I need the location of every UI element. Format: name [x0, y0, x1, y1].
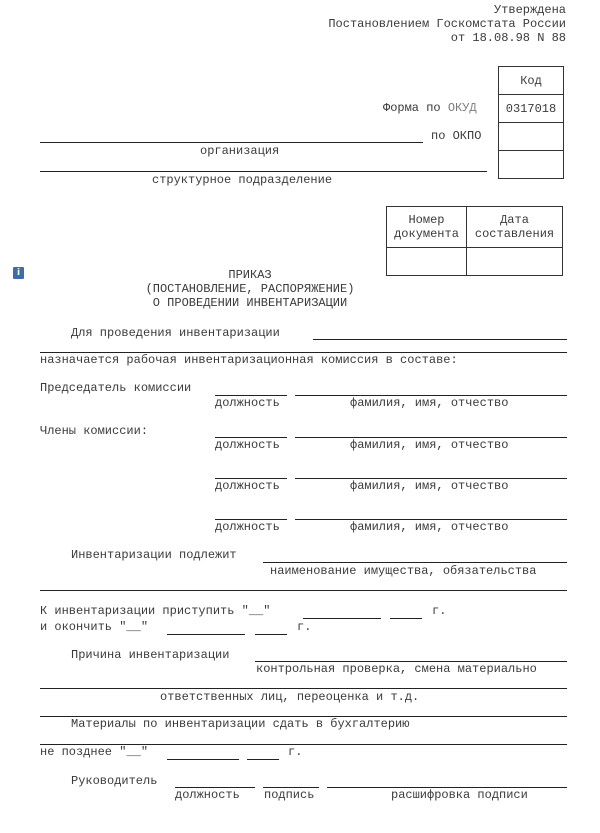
- okud-label-prefix: Форма по: [383, 101, 448, 115]
- deadline-year-line[interactable]: [247, 759, 279, 760]
- okpo-label: по ОКПО: [431, 129, 481, 143]
- subdivision-line[interactable]: [40, 171, 487, 172]
- code-header: Код: [499, 67, 564, 95]
- deadline-month-line[interactable]: [167, 759, 239, 760]
- signature-caption: подпись: [264, 788, 314, 802]
- head-label: Руководитель: [71, 774, 157, 788]
- fio-caption: фамилия, имя, отчество: [350, 438, 508, 452]
- approved-label: Утверждена: [494, 3, 566, 17]
- reason-caption-2: ответственных лиц, переоценка и т.д.: [160, 690, 419, 704]
- okpo-code-cell[interactable]: [499, 123, 564, 151]
- start-year-suffix: г.: [432, 604, 446, 618]
- fio-caption: фамилия, имя, отчество: [350, 396, 508, 410]
- title-line2: (ПОСТАНОВЛЕНИЕ, РАСПОРЯЖЕНИЕ): [100, 282, 400, 296]
- document-date-cell[interactable]: [467, 248, 563, 276]
- signature-decode-caption: расшифровка подписи: [391, 788, 528, 802]
- materials-label: Материалы по инвентаризации сдать в бухг…: [71, 717, 409, 731]
- position-caption: должность: [215, 479, 280, 493]
- for-inventory-label: Для проведения инвентаризации: [71, 326, 280, 340]
- subject-caption: наименование имущества, обязательства: [270, 564, 536, 578]
- start-label: К инвентаризации приступить "__": [40, 604, 270, 618]
- fio-caption: фамилия, имя, отчество: [350, 520, 508, 534]
- start-year-line[interactable]: [390, 618, 422, 619]
- finish-month-line[interactable]: [167, 634, 245, 635]
- fio-caption: фамилия, имя, отчество: [350, 479, 508, 493]
- start-month-line[interactable]: [303, 618, 381, 619]
- organization-caption: организация: [200, 144, 279, 158]
- inventory-purpose-line[interactable]: [313, 339, 567, 340]
- position-caption: должность: [175, 788, 240, 802]
- finish-label: и окончить "__": [40, 620, 148, 634]
- decree-date: от 18.08.98 N 88: [451, 31, 566, 45]
- organization-line[interactable]: [40, 142, 423, 143]
- subject-line-2[interactable]: [40, 590, 567, 591]
- info-icon[interactable]: i: [13, 267, 24, 279]
- title-line3: О ПРОВЕДЕНИИ ИНВЕНТАРИЗАЦИИ: [100, 296, 400, 310]
- finish-year-line[interactable]: [255, 634, 287, 635]
- okud-code-cell[interactable]: 0317018: [499, 95, 564, 123]
- chairman-label: Председатель комиссии: [40, 381, 191, 395]
- code-table: Код 0317018: [498, 66, 564, 179]
- okud-link[interactable]: ОКУД: [448, 101, 477, 115]
- commission-assigned-label: назначается рабочая инвентаризационная к…: [40, 353, 458, 367]
- position-caption: должность: [215, 438, 280, 452]
- finish-year-suffix: г.: [297, 620, 311, 634]
- okud-label: Форма по ОКУД: [383, 101, 477, 115]
- reason-line-2[interactable]: [40, 688, 567, 689]
- document-table: Номер документа Дата составления: [386, 206, 563, 276]
- deadline-year-suffix: г.: [288, 745, 302, 759]
- reason-caption-1: контрольная проверка, смена материально: [256, 662, 537, 676]
- title-line1: ПРИКАЗ: [100, 268, 400, 282]
- reason-label: Причина инвентаризации: [71, 648, 229, 662]
- extra-code-cell[interactable]: [499, 151, 564, 179]
- position-caption: должность: [215, 520, 280, 534]
- document-number-header: Номер документа: [387, 207, 467, 248]
- subject-line[interactable]: [263, 562, 567, 563]
- position-caption: должность: [215, 396, 280, 410]
- subject-label: Инвентаризации подлежит: [71, 548, 237, 562]
- document-date-header: Дата составления: [467, 207, 563, 248]
- decree-label: Постановлением Госкомстата России: [328, 17, 566, 31]
- subdivision-caption: структурное подразделение: [152, 173, 332, 187]
- members-label: Члены комиссии:: [40, 424, 148, 438]
- deadline-label: не позднее "__": [40, 745, 148, 759]
